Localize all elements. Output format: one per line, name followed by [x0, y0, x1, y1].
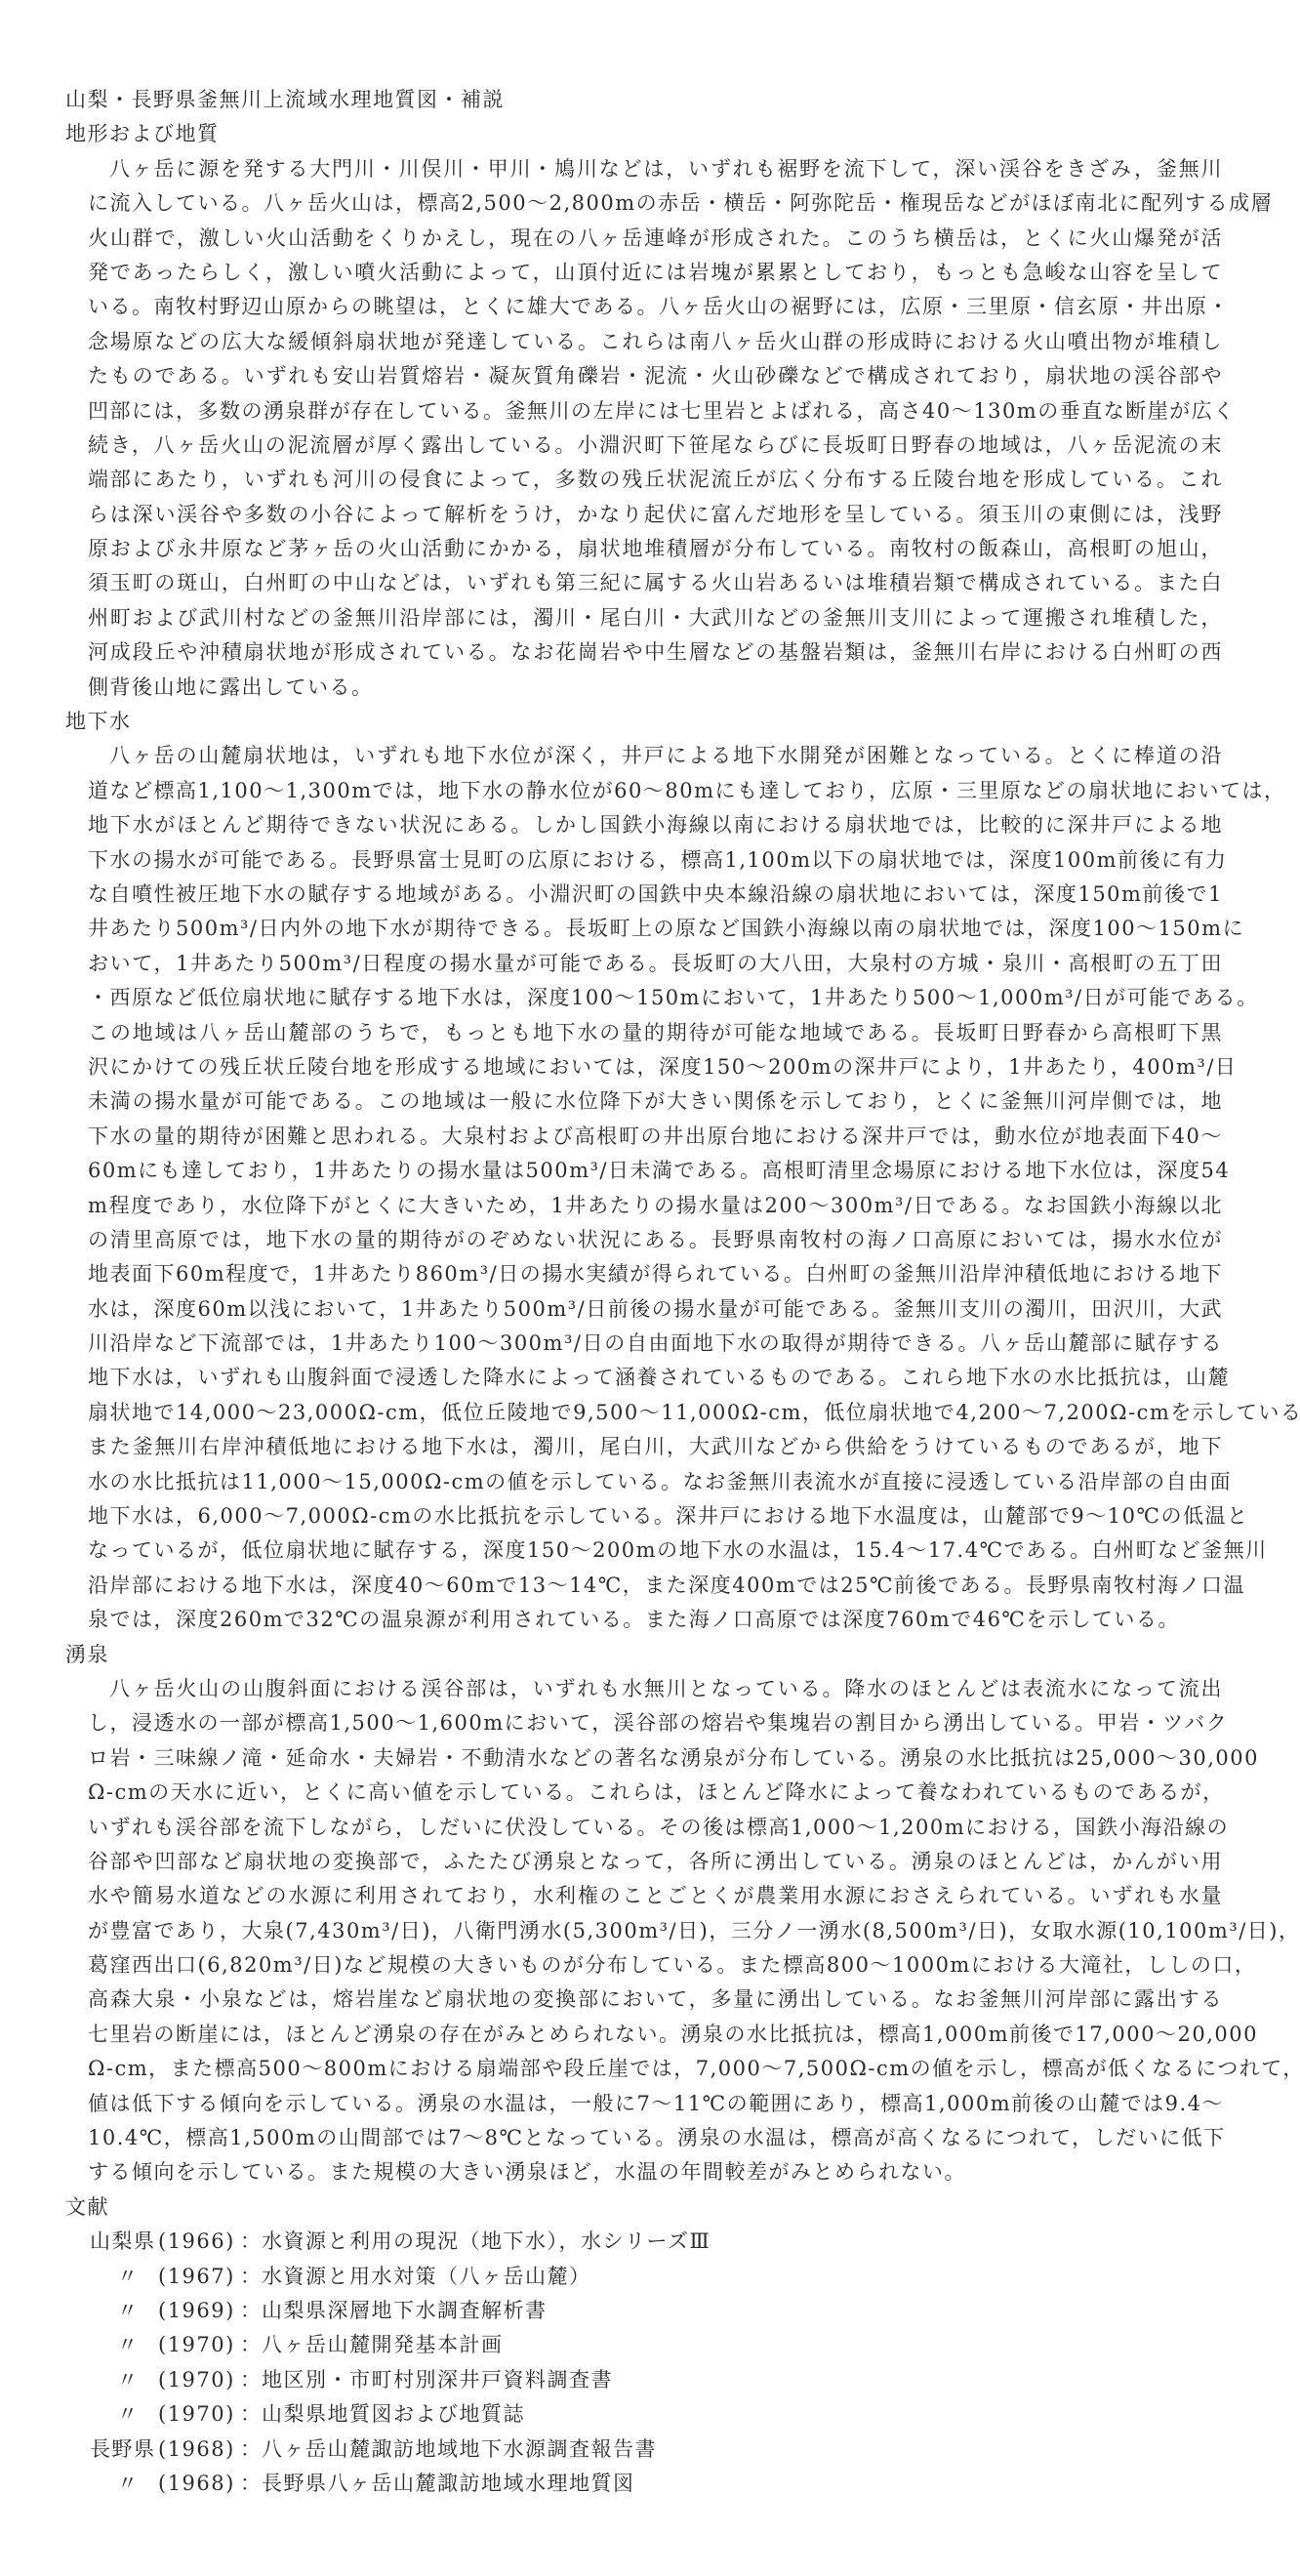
reference-year: (1970) [158, 2328, 240, 2362]
paragraph-line: し，浸透水の一部が標高1,500～1,600mにおいて，渓谷部の熔岩や集塊岩の割… [65, 1706, 1223, 1740]
paragraph-line: 泉では，深度260mで32℃の温泉源が利用されている。また海ノ口高原では深度76… [65, 1603, 1223, 1637]
reference-year: (1966) [158, 2225, 240, 2259]
paragraph-line: たものである。いずれも安山岩質熔岩・凝灰質角礫岩・泥流・火山砂礫などで構成されて… [65, 359, 1223, 393]
reference-separator: ： [240, 2260, 262, 2294]
paragraph-line: 高森大泉・小泉などは，熔岩崖など扇状地の変換部において，多量に湧出している。なお… [65, 1983, 1223, 2017]
reference-separator: ： [240, 2225, 262, 2259]
paragraph-line: ロ岩・三味線ノ滝・延命水・夫婦岩・不動清水などの著名な湧泉が分布している。湧泉の… [65, 1741, 1223, 1776]
references-list: 山梨県(1966)：水資源と利用の現況（地下水），水シリーズⅢ〃(1967)：水… [65, 2225, 1227, 2501]
paragraph-line: 葛窪西出口(6,820m³/日)など規模の大きいものが分布している。また標高80… [65, 1948, 1223, 1983]
reference-separator: ： [240, 2397, 262, 2432]
section-heading: 湧泉 [65, 1638, 1227, 1672]
paragraph-line: 沢にかけての残丘状丘陵台地を形成する地域においては，深度150～200mの深井戸… [65, 1050, 1223, 1084]
paragraph-line: 未満の揚水量が可能である。この地域は一般に水位降下が大きい関係を示しており，とく… [65, 1084, 1223, 1119]
paragraph-line: 沿岸部における地下水は，深度40～60mで13～14℃，また深度400mでは25… [65, 1569, 1223, 1603]
paragraph-line: 10.4℃，標高1,500mの山間部では7～8℃となっている。湧泉の水温は，標高… [65, 2121, 1223, 2155]
paragraph-line: 値は低下する傾向を示している。湧泉の水温は，一般に7～11℃の範囲にあり，標高1… [65, 2087, 1223, 2121]
reference-separator: ： [240, 2467, 262, 2501]
paragraph-line: に流入している。八ヶ岳火山は，標高2,500～2,800mの赤岳・横岳・阿弥陀岳… [65, 186, 1223, 221]
paragraph-line: 下水の揚水が可能である。長野県富士見町の広原における，標高1,100m以下の扇状… [65, 843, 1223, 878]
reference-author: 〃 [90, 2260, 158, 2294]
references-heading: 文献 [65, 2190, 1227, 2225]
reference-year: (1968) [158, 2467, 240, 2501]
reference-title: 八ヶ岳山麓諏訪地域地下水源調査報告書 [262, 2437, 657, 2461]
paragraph-line: 水や簡易水道などの水源に利用されており，水利権のことごとくが農業用水源におさえら… [65, 1879, 1223, 1913]
reference-year: (1969) [158, 2294, 240, 2328]
reference-title: 山梨県地質図および地質誌 [262, 2402, 525, 2426]
reference-separator: ： [240, 2328, 262, 2362]
paragraph-line: 下水の量的期待が困難と思われる。大泉村および高根町の井出原台地における深井戸では… [65, 1120, 1223, 1154]
reference-item: 〃(1968)：長野県八ヶ岳山麓諏訪地域水理地質図 [65, 2467, 1227, 2501]
section: 地下水八ヶ岳の山麓扇状地は，いずれも地下水位が深く，井戸による地下水開発が困難と… [65, 705, 1227, 1638]
paragraph-line: の清里高原では，地下水の量的期待がのぞめない状況にある。長野県南牧村の海ノ口高原… [65, 1223, 1223, 1257]
reference-author: 〃 [90, 2467, 158, 2501]
paragraph-line: 須玉町の斑山，白州町の中山などは，いずれも第三紀に属する火山岩あるいは堆積岩類で… [65, 566, 1223, 600]
reference-separator: ： [240, 2294, 262, 2328]
reference-separator: ： [240, 2433, 262, 2467]
reference-item: 〃(1969)：山梨県深層地下水調査解析書 [65, 2294, 1227, 2328]
paragraph-line: 水は，深度60m以浅において，1井あたり500m³/日前後の揚水量が可能である。… [65, 1292, 1223, 1327]
reference-author: 長野県 [90, 2433, 158, 2467]
paragraph-line: また釜無川右岸沖積低地における地下水は，濁川，尾白川，大武川などから供給をうけて… [65, 1430, 1223, 1464]
reference-title: 長野県八ヶ岳山麓諏訪地域水理地質図 [262, 2472, 635, 2495]
paragraph-line: 原および永井原など茅ヶ岳の火山活動にかかる，扇状地堆積層が分布している。南牧村の… [65, 532, 1223, 566]
paragraph-line: m程度であり，水位降下がとくに大きいため，1井あたりの揚水量は200～300m³… [65, 1189, 1223, 1223]
reference-title: 水資源と利用の現況（地下水），水シリーズⅢ [262, 2229, 711, 2253]
document-page: 山梨・長野県釜無川上流域水理地質図・補説 地形および地質八ヶ岳に源を発する大門川… [65, 83, 1227, 2501]
reference-author: 〃 [90, 2397, 158, 2432]
paragraph-line: 地下水は，6,000～7,000Ω-cmの水比抵抗を示している。深井戸における地… [65, 1499, 1223, 1533]
paragraph-line: が豊富であり，大泉(7,430m³/日)，八衛門湧水(5,300m³/日)，三分… [65, 1914, 1223, 1948]
paragraph-line: Ω-cmの天水に近い，とくに高い値を示している。これらは，ほとんど降水によって養… [65, 1776, 1223, 1810]
paragraph-line: Ω-cm，また標高500～800mにおける扇端部や段丘崖では，7,000～7,5… [65, 2052, 1223, 2086]
reference-title: 八ヶ岳山麓開発基本計画 [262, 2333, 504, 2356]
paragraph-line: 地下水がほとんど期待できない状況にある。しかし国鉄小海線以南における扇状地では，… [65, 808, 1223, 842]
reference-item: 山梨県(1966)：水資源と利用の現況（地下水），水シリーズⅢ [65, 2225, 1227, 2259]
paragraph-line: 端部にあたり，いずれも河川の侵食によって，多数の残丘状泥流丘が広く分布する丘陵台… [65, 463, 1223, 497]
paragraph-line: 続き，八ヶ岳火山の泥流層が厚く露出している。小淵沢町下笹尾ならびに長坂町日野春の… [65, 429, 1223, 463]
paragraph-line: 地表面下60m程度で，1井あたり860m³/日の揚水実績が得られている。白州町の… [65, 1257, 1223, 1291]
reference-author: 山梨県 [90, 2225, 158, 2259]
paragraph-line: おいて，1井あたり500m³/日程度の揚水量が可能である。長坂町の大八田，大泉村… [65, 947, 1223, 981]
section-heading: 地下水 [65, 705, 1227, 739]
reference-item: 長野県(1968)：八ヶ岳山麓諏訪地域地下水源調査報告書 [65, 2433, 1227, 2467]
paragraph-line: この地域は八ヶ岳山麓部のうちで，もっとも地下水の量的期待が可能な地域である。長坂… [65, 1016, 1223, 1050]
paragraph-line: 発であったらしく，激しい噴火活動によって，山頂付近には岩塊が累累としており，もっ… [65, 256, 1223, 290]
reference-separator: ： [240, 2363, 262, 2397]
paragraph-line: 谷部や凹部など扇状地の変換部で，ふたたび湧泉となって，各所に湧出している。湧泉の… [65, 1845, 1223, 1879]
paragraph-line: 道など標高1,100～1,300mでは，地下水の静水位が60～80mにも達してお… [65, 774, 1223, 808]
paragraph-line: なっているが，低位扇状地に賦存する，深度150～200mの地下水の水温は，15.… [65, 1533, 1223, 1568]
reference-item: 〃(1967)：水資源と用水対策（八ヶ岳山麓） [65, 2260, 1227, 2294]
section: 湧泉八ヶ岳火山の山腹斜面における渓谷部は，いずれも水無川となっている。降水のほと… [65, 1638, 1227, 2190]
paragraph-line: いずれも渓谷部を流下しながら，しだいに伏没している。その後は標高1,000～1,… [65, 1811, 1223, 1845]
paragraph-line: 地下水は，いずれも山腹斜面で浸透した降水によって涵養されているものである。これら… [65, 1361, 1223, 1395]
paragraph-line: 側背後山地に露出している。 [65, 671, 1223, 705]
paragraph-line: 井あたり500m³/日内外の地下水が期待できる。長坂町上の原など国鉄小海線以南の… [65, 912, 1223, 946]
paragraph-line: 火山群で，激しい火山活動をくりかえし，現在の八ヶ岳連峰が形成された。このうち横岳… [65, 222, 1223, 256]
reference-author: 〃 [90, 2328, 158, 2362]
reference-author: 〃 [90, 2294, 158, 2328]
paragraph-line: いる。南牧村野辺山原からの眺望は，とくに雄大である。八ヶ岳火山の裾野には，広原・… [65, 290, 1223, 324]
reference-title: 山梨県深層地下水調査解析書 [262, 2299, 548, 2322]
paragraph-line: 八ヶ岳の山麓扇状地は，いずれも地下水位が深く，井戸による地下水開発が困難となって… [65, 739, 1223, 773]
reference-item: 〃(1970)：山梨県地質図および地質誌 [65, 2397, 1227, 2432]
paragraph-line: 八ヶ岳火山の山腹斜面における渓谷部は，いずれも水無川となっている。降水のほとんど… [65, 1672, 1223, 1706]
paragraph-line: らは深い渓谷や多数の小谷によって解析をうけ，かなり起伏に富んだ地形を呈している。… [65, 498, 1223, 532]
paragraph-line: 八ヶ岳に源を発する大門川・川俣川・甲川・鳩川などは，いずれも裾野を流下して，深い… [65, 152, 1223, 186]
reference-item: 〃(1970)：地区別・市町村別深井戸資料調査書 [65, 2363, 1227, 2397]
paragraph-line: 60mにも達しており，1井あたりの揚水量は500m³/日未満である。高根町清里念… [65, 1154, 1223, 1188]
reference-year: (1970) [158, 2363, 240, 2397]
sections: 地形および地質八ヶ岳に源を発する大門川・川俣川・甲川・鳩川などは，いずれも裾野を… [65, 117, 1227, 2189]
reference-year: (1967) [158, 2260, 240, 2294]
paragraph-line: 州町および武川村などの釜無川沿岸部には，濁川・尾白川・大武川などの釜無川支川によ… [65, 601, 1223, 635]
reference-year: (1970) [158, 2397, 240, 2432]
reference-year: (1968) [158, 2433, 240, 2467]
document-title: 山梨・長野県釜無川上流域水理地質図・補説 [65, 83, 1227, 117]
paragraph-line: 凹部には，多数の湧泉群が存在している。釜無川の左岸には七里岩とよばれる，高さ40… [65, 394, 1223, 429]
section-heading: 地形および地質 [65, 117, 1227, 151]
paragraph-line: する傾向を示している。また規模の大きい湧泉ほど，水温の年間較差がみとめられない。 [65, 2155, 1223, 2189]
paragraph-line: 水の水比抵抗は11,000～15,000Ω-cmの値を示している。なお釜無川表流… [65, 1465, 1223, 1499]
reference-author: 〃 [90, 2363, 158, 2397]
reference-title: 地区別・市町村別深井戸資料調査書 [262, 2368, 613, 2392]
section: 地形および地質八ヶ岳に源を発する大門川・川俣川・甲川・鳩川などは，いずれも裾野を… [65, 117, 1227, 705]
reference-title: 水資源と用水対策（八ヶ岳山麓） [262, 2265, 591, 2288]
paragraph-line: 河成段丘や沖積扇状地が形成されている。なお花崗岩や中生層などの基盤岩類は，釜無川… [65, 635, 1223, 670]
paragraph-line: 七里岩の断崖には，ほとんど湧泉の存在がみとめられない。湧泉の水比抵抗は，標高1,… [65, 2018, 1223, 2052]
paragraph-line: 念場原などの広大な緩傾斜扇状地が発達している。これらは南八ヶ岳火山群の形成時にお… [65, 325, 1223, 359]
paragraph-line: 川沿岸など下流部では，1井あたり100～300m³/日の自由面地下水の取得が期待… [65, 1327, 1223, 1361]
reference-item: 〃(1970)：八ヶ岳山麓開発基本計画 [65, 2328, 1227, 2362]
paragraph-line: な自噴性被圧地下水の賦存する地域がある。小淵沢町の国鉄中央本線沿線の扇状地におい… [65, 878, 1223, 912]
paragraph-line: 扇状地で14,000～23,000Ω-cm，低位丘陵地で9,500～11,000… [65, 1396, 1223, 1430]
paragraph-line: ・西原など低位扇状地に賦存する地下水は，深度100～150mにおいて，1井あたり… [65, 981, 1223, 1015]
